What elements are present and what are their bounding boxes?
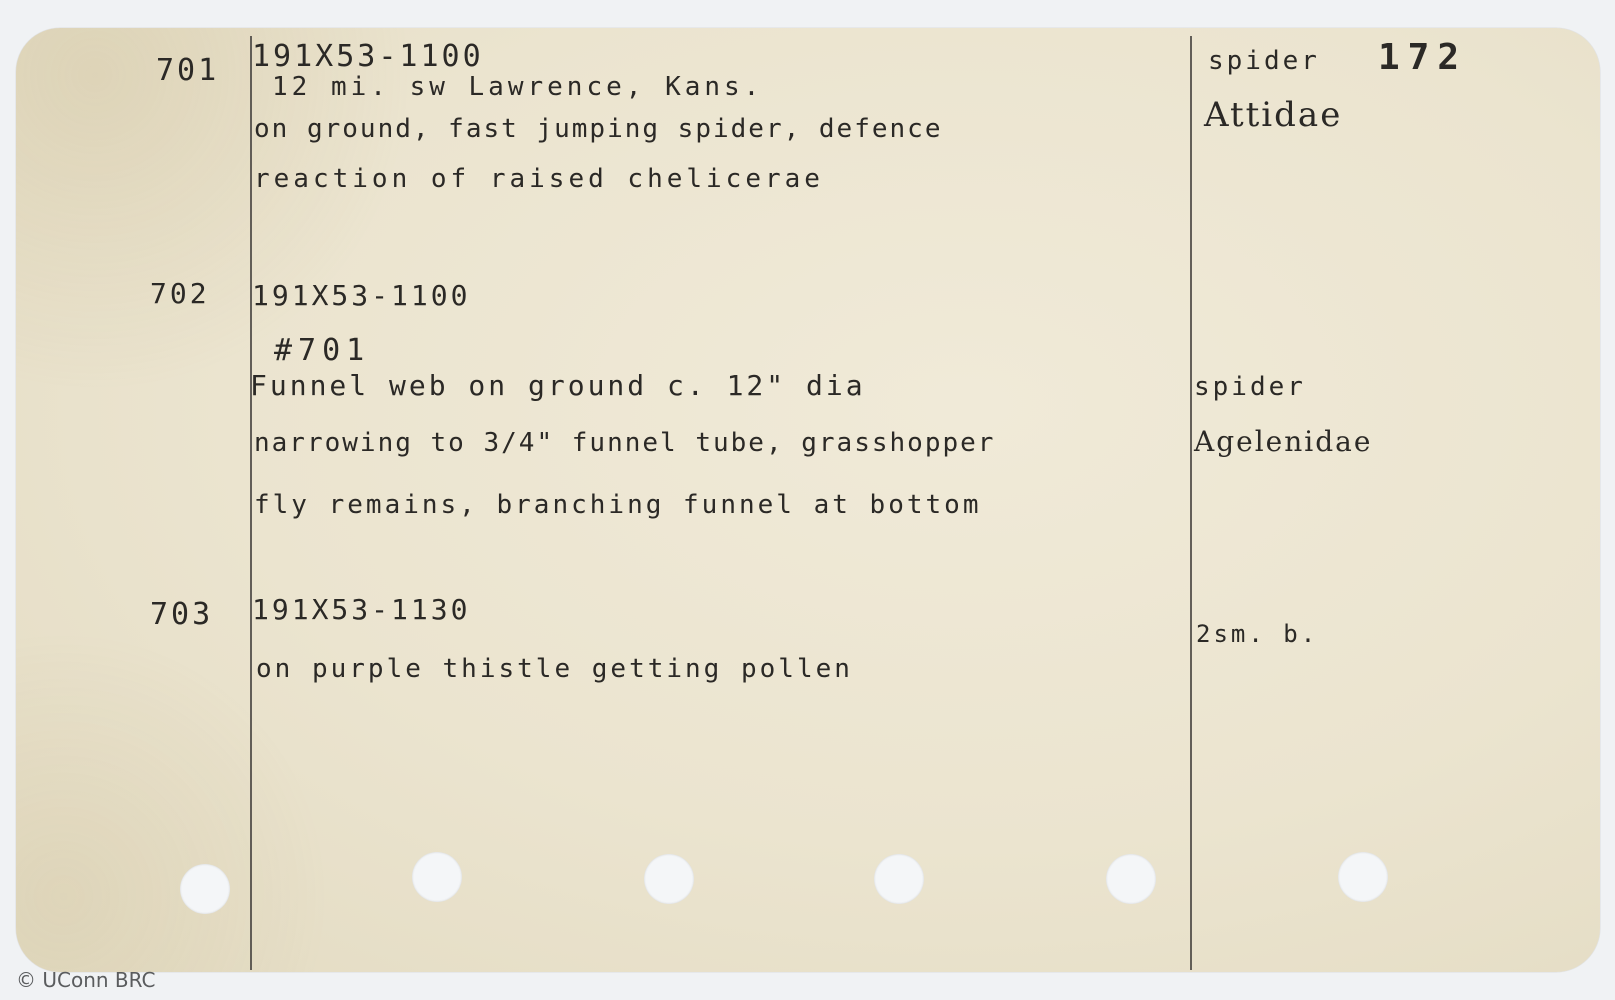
entry-702-note-line-1: Funnel web on ground c. 12" dia xyxy=(250,372,866,400)
punch-hole xyxy=(874,854,924,904)
entry-701-location: 12 mi. sw Lawrence, Kans. xyxy=(272,74,763,100)
punch-hole xyxy=(1106,854,1156,904)
punch-hole xyxy=(1338,852,1388,902)
entry-702-number: 702 xyxy=(150,280,210,308)
entry-703-note-line-1: on purple thistle getting pollen xyxy=(256,656,853,682)
entry-701-family: Attidae xyxy=(1204,98,1342,132)
punch-hole xyxy=(644,854,694,904)
entry-702-note-line-2: narrowing to 3/4" funnel tube, grasshopp… xyxy=(254,430,995,456)
entry-701-note-line-1: on ground, fast jumping spider, defence xyxy=(254,116,942,142)
punch-hole xyxy=(180,864,230,914)
entry-701-code: 191X53-1100 xyxy=(252,42,484,72)
card-number: 172 xyxy=(1378,40,1467,76)
entry-702-family: Agelenidae xyxy=(1194,428,1372,456)
entry-701-note-line-2: reaction of raised chelicerae xyxy=(254,166,824,192)
entry-702-note-line-3: fly remains, branching funnel at bottom xyxy=(254,492,981,518)
punch-hole xyxy=(412,852,462,902)
left-margin-rule xyxy=(250,36,252,970)
entry-701-number: 701 xyxy=(156,56,219,86)
entry-703-category: 2sm. b. xyxy=(1196,622,1318,646)
right-column-rule xyxy=(1190,36,1192,970)
entry-702-category: spider xyxy=(1194,374,1306,400)
entry-702-reference: #701 xyxy=(274,336,370,366)
entry-703-code: 191X53-1130 xyxy=(252,596,470,624)
entry-701-category: spider xyxy=(1208,48,1320,74)
copyright-credit: © UConn BRC xyxy=(16,968,156,992)
index-card: 172 701 191X53-1100 12 mi. sw Lawrence, … xyxy=(16,28,1600,972)
scan-viewport: 172 701 191X53-1100 12 mi. sw Lawrence, … xyxy=(0,0,1615,1000)
entry-702-code: 191X53-1100 xyxy=(252,282,470,310)
entry-703-number: 703 xyxy=(150,600,213,630)
